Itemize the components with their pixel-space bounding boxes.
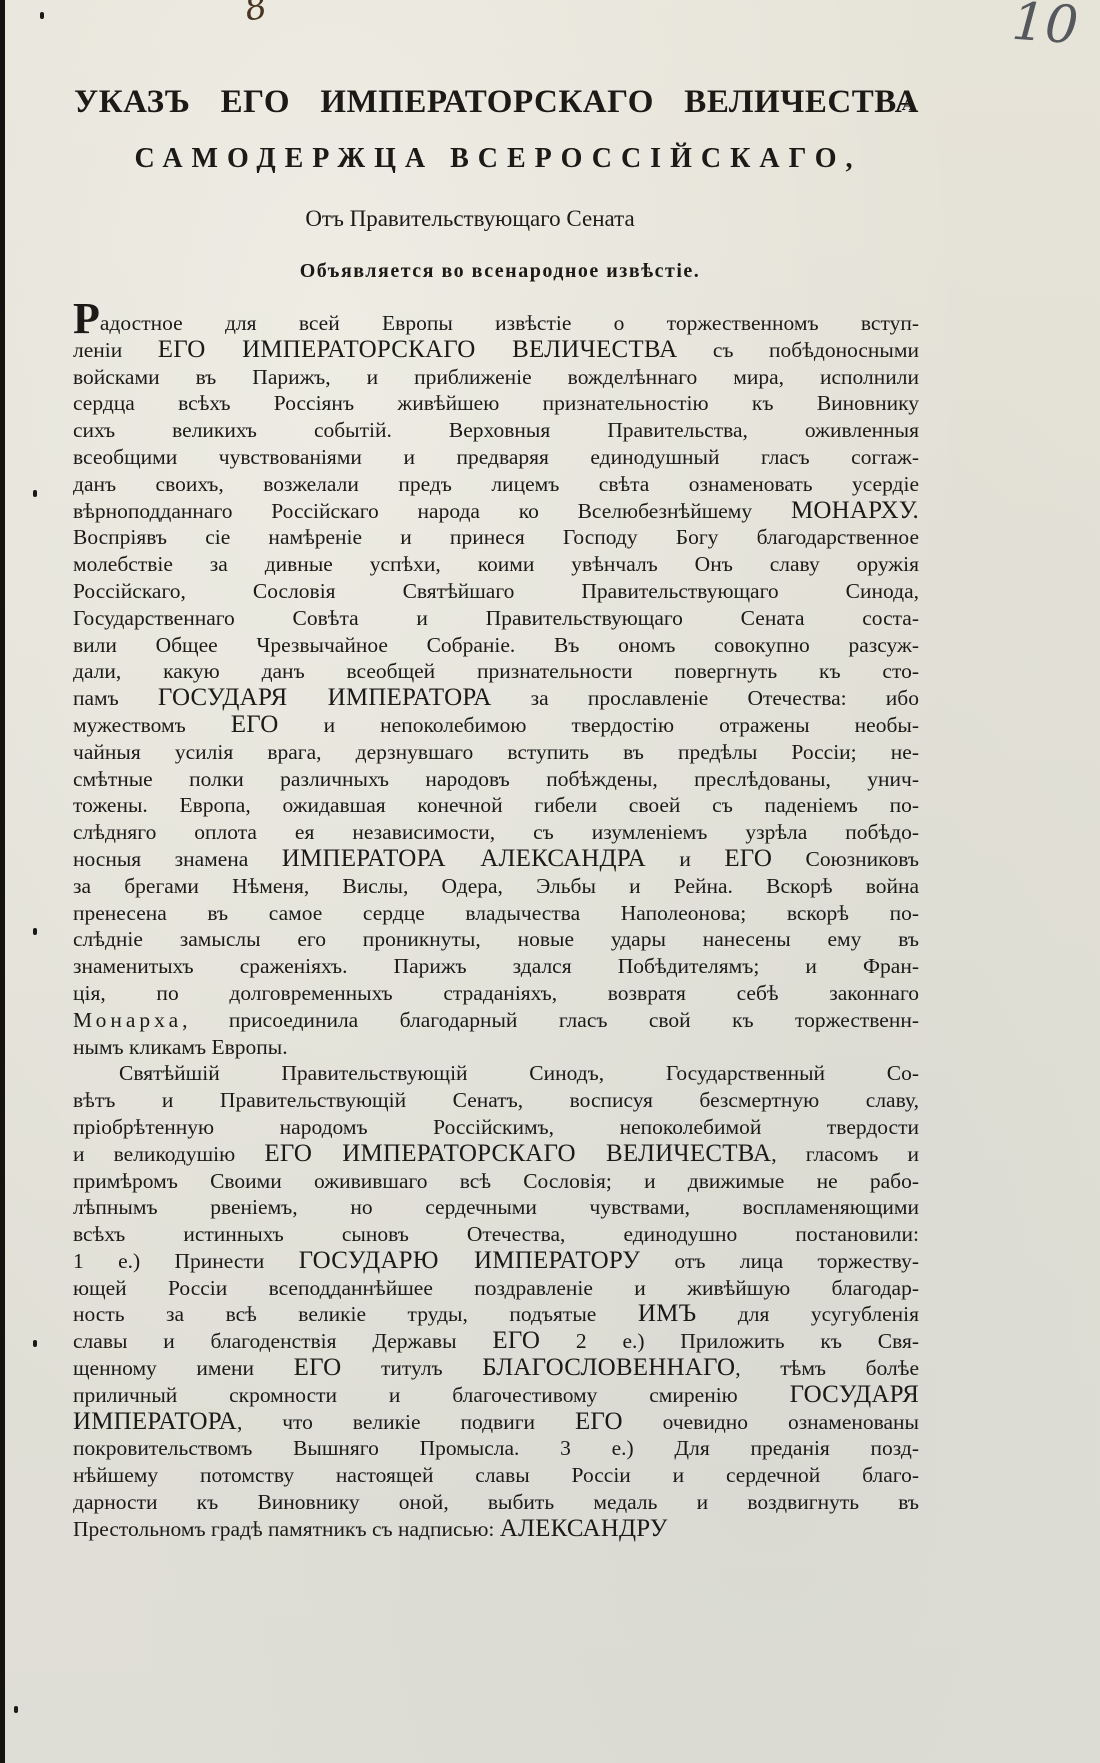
text-run: пренесена въ самое сердце владычества На…	[73, 901, 919, 925]
emphasized-caps: ЕГО	[492, 1327, 540, 1354]
emphasized-caps: ИМПЕРАТОРА АЛЕКСАНДРА	[282, 845, 646, 872]
text-run: титулъ	[341, 1356, 482, 1380]
text-run: Союзниковъ	[772, 847, 919, 871]
text-run: знаменитыхъ сраженіяхъ. Парижъ здался По…	[73, 954, 919, 978]
text-line: вѣтъ и Правительствующій Сенатъ, воспису…	[73, 1087, 919, 1114]
text-line: тожены. Европа, ожидавшая конечной гибел…	[73, 792, 919, 819]
text-run: Воспріявъ сіе намѣреніе и принеся Господ…	[73, 525, 919, 549]
text-line: слѣдніе замыслы его проникнуты, новые уд…	[73, 926, 919, 953]
text-run: молебствіе за дивные успѣхи, коими увѣнч…	[73, 552, 919, 576]
text-run: отъ лица торжеству-	[640, 1249, 919, 1273]
text-line: Радостное для всей Европы извѣстіе о тор…	[73, 306, 919, 337]
text-run: , гласомъ и	[771, 1142, 919, 1166]
text-line: слѣдняго оплота ея независимости, съ изу…	[73, 819, 919, 846]
text-run: нѣйшему потомству настоящей славы Россіи…	[73, 1463, 919, 1487]
text-line: покровительствомъ Вышняго Промысла. 3 е.…	[73, 1435, 919, 1462]
margin-tick	[33, 490, 37, 497]
text-line: приличный скромности и благочестивому см…	[73, 1382, 919, 1409]
ink-spot	[40, 12, 44, 19]
text-line: всѣхъ истинныхъ сыновъ Отечества, единод…	[73, 1221, 919, 1248]
margin-tick	[14, 1706, 18, 1713]
text-run: Монарха	[73, 1008, 182, 1032]
margin-tick	[33, 1340, 37, 1347]
issuer-line: Отъ Правительствующаго Сената	[0, 206, 940, 232]
text-line: мужествомъ ЕГО и непоколебимою твердості…	[73, 712, 919, 739]
text-run: пріобрѣтенную народомъ Россійскимъ, непо…	[73, 1115, 919, 1139]
text-line: ція, по долговременныхъ страданіяхъ, воз…	[73, 980, 919, 1007]
text-line: нѣйшему потомству настоящей славы Россіи…	[73, 1462, 919, 1489]
text-run: носныя знамена	[73, 847, 282, 871]
text-run: очевидно ознаменованы	[623, 1410, 919, 1434]
emphasized-caps: БЛАГОСЛОВЕННАГО	[482, 1354, 735, 1381]
text-line: щенному имени ЕГО титулъ БЛАГОСЛОВЕННАГО…	[73, 1355, 919, 1382]
text-line: 1 е.) Принести ГОСУДАРЮ ИМПЕРАТОРУ отъ л…	[73, 1248, 919, 1275]
text-line: вили Общее Чрезвычайное Собраніе. Въ оно…	[73, 632, 919, 659]
text-line: и великодушію ЕГО ИМПЕРАТОРСКАГО ВЕЛИЧЕС…	[73, 1141, 919, 1168]
text-line: ющей Россіи всеподданнѣйшее поздравленіе…	[73, 1275, 919, 1302]
text-run: вѣрноподданнаго Россійскаго народа ко Вс…	[73, 499, 791, 523]
text-line: славы и благоденствія Державы ЕГО 2 е.) …	[73, 1328, 919, 1355]
text-run: и непоколебимою твердостію отражены необ…	[279, 713, 919, 737]
emphasized-caps: ГОСУДАРЯ	[790, 1381, 919, 1408]
decree-subtitle: САМОДЕРЖЦА ВСЕРОССІЙСКАГО,	[108, 143, 888, 175]
text-line: Воспріявъ сіе намѣреніе и принеся Господ…	[73, 524, 919, 551]
text-run: щенному имени	[73, 1356, 294, 1380]
handwritten-top-mark: 8	[242, 0, 270, 30]
text-line: носныя знамена ИМПЕРАТОРА АЛЕКСАНДРА и Е…	[73, 846, 919, 873]
text-line: Престольномъ градѣ памятникъ съ надписью…	[73, 1516, 919, 1543]
text-run: съ побѣдоносными	[677, 338, 919, 362]
emphasized-caps: ИМПЕРАТОРА	[73, 1408, 237, 1435]
emphasized-caps: ЕГО	[575, 1408, 623, 1435]
text-run: для усугубленія	[696, 1302, 919, 1326]
text-line: сердца всѣхъ Россіянъ живѣйшею признател…	[73, 390, 919, 417]
emphasized-caps: ЕГО ИМПЕРАТОРСКАГО ВЕЛИЧЕСТВА	[158, 336, 678, 363]
text-run: леніи	[73, 338, 158, 362]
text-line: ность за всѣ великіе труды, подъятые ИМЪ…	[73, 1301, 919, 1328]
text-run: , тѣмъ болѣе	[735, 1356, 919, 1380]
decree-body: Радостное для всей Европы извѣстіе о тор…	[73, 306, 919, 1543]
text-run: 1 е.) Принести	[73, 1249, 299, 1273]
document-page: 8 10 A УКАЗЪ ЕГО ИМПЕРАТОРСКАГО ВЕЛИЧЕСТ…	[0, 0, 1100, 1763]
text-run: Святѣйшій Правительствующій Синодъ, Госу…	[119, 1061, 919, 1085]
margin-tick	[33, 928, 37, 935]
text-run: нымъ кликамъ Европы.	[73, 1035, 288, 1059]
text-run: славы и благоденствія Державы	[73, 1329, 492, 1353]
decree-title: УКАЗЪ ЕГО ИМПЕРАТОРСКАГО ВЕЛИЧЕСТВА	[74, 84, 919, 121]
text-run: Престольномъ градѣ памятникъ съ надписью…	[73, 1517, 500, 1541]
text-run: Государственнаго Совѣта и Правительствую…	[73, 606, 919, 630]
text-run: мужествомъ	[73, 713, 231, 737]
text-run: данъ своихъ, возжелали предъ лицемъ свѣт…	[73, 472, 919, 496]
text-line: леніи ЕГО ИМПЕРАТОРСКАГО ВЕЛИЧЕСТВА съ п…	[73, 337, 919, 364]
drop-cap: Р	[73, 294, 100, 343]
text-line: данъ своихъ, возжелали предъ лицемъ свѣт…	[73, 471, 919, 498]
text-run: ность за всѣ великіе труды, подъятые	[73, 1302, 638, 1326]
emphasized-caps: ГОСУДАРЮ ИМПЕРАТОРУ	[299, 1247, 641, 1274]
text-run: слѣдняго оплота ея независимости, съ изу…	[73, 820, 919, 844]
text-run: тожены. Европа, ожидавшая конечной гибел…	[73, 793, 919, 817]
text-line: пріобрѣтенную народомъ Россійскимъ, непо…	[73, 1114, 919, 1141]
text-line: ИМПЕРАТОРА, что великіе подвиги ЕГО очев…	[73, 1409, 919, 1436]
text-run: слѣдніе замыслы его проникнуты, новые уд…	[73, 927, 919, 951]
text-run: ющей Россіи всеподданнѣйшее поздравленіе…	[73, 1276, 919, 1300]
emphasized-caps: ЕГО	[724, 845, 772, 872]
emphasized-caps: ИМЪ	[638, 1300, 697, 1327]
text-run: лѣпнымъ рвеніемъ, но сердечными чувствам…	[73, 1195, 919, 1219]
emphasized-caps: ГОСУДАРЯ ИМПЕРАТОРА	[158, 684, 492, 711]
text-line: сихъ великихъ событій. Верховныя Правите…	[73, 417, 919, 444]
text-line: вѣрноподданнаго Россійскаго народа ко Вс…	[73, 498, 919, 525]
text-line: молебствіе за дивные успѣхи, коими увѣнч…	[73, 551, 919, 578]
text-run: памъ	[73, 686, 158, 710]
text-line: Государственнаго Совѣта и Правительствую…	[73, 605, 919, 632]
text-run: вѣтъ и Правительствующій Сенатъ, воспису…	[73, 1088, 919, 1112]
text-run: приличный скромности и благочестивому см…	[73, 1383, 790, 1407]
text-run: всеобщими чувствованіями и предваряя еди…	[73, 445, 919, 469]
text-line: знаменитыхъ сраженіяхъ. Парижъ здался По…	[73, 953, 919, 980]
announcement-line: Объявляется во всенародное извѣстіе.	[0, 260, 1000, 283]
text-run: смѣтные полки различныхъ народовъ побѣжд…	[73, 767, 919, 791]
text-line: чайныя усилія врага, дерзнувшаго вступит…	[73, 739, 919, 766]
text-run: , присоединила благодарный гласъ свой къ…	[182, 1008, 919, 1032]
text-line: Россійскаго, Сословія Святѣйшаго Правите…	[73, 578, 919, 605]
text-line: Монарха, присоединила благодарный гласъ …	[73, 1007, 919, 1034]
emphasized-caps: ЕГО	[294, 1354, 342, 1381]
text-line: памъ ГОСУДАРЯ ИМПЕРАТОРА за прославленіе…	[73, 685, 919, 712]
text-line: за брегами Нѣменя, Вислы, Одера, Эльбы и…	[73, 873, 919, 900]
text-line: пренесена въ самое сердце владычества На…	[73, 900, 919, 927]
paragraph-2: Святѣйшій Правительствующій Синодъ, Госу…	[73, 1060, 919, 1542]
text-line: Святѣйшій Правительствующій Синодъ, Госу…	[73, 1060, 919, 1087]
emphasized-caps: ЕГО ИМПЕРАТОРСКАГО ВЕЛИЧЕСТВА	[264, 1140, 771, 1167]
text-run: войсками въ Парижъ, и приближеніе вождел…	[73, 365, 919, 389]
text-line: нымъ кликамъ Европы.	[73, 1034, 919, 1061]
text-run: покровительствомъ Вышняго Промысла. 3 е.…	[73, 1436, 919, 1460]
text-run: 2 е.) Приложить къ Свя-	[540, 1329, 919, 1353]
text-line: дарности къ Виновнику оной, выбить медал…	[73, 1489, 919, 1516]
text-line: примѣромъ Своими оживившаго всѣ Сословія…	[73, 1168, 919, 1195]
text-run: ція, по долговременныхъ страданіяхъ, воз…	[73, 981, 919, 1005]
text-run: чайныя усилія врага, дерзнувшаго вступит…	[73, 740, 919, 764]
text-run: всѣхъ истинныхъ сыновъ Отечества, единод…	[73, 1222, 919, 1246]
text-run: за прославленіе Отечества: ибо	[492, 686, 920, 710]
text-run: за брегами Нѣменя, Вислы, Одера, Эльбы и…	[73, 874, 919, 898]
text-run: Россійскаго, Сословія Святѣйшаго Правите…	[73, 579, 919, 603]
text-line: всеобщими чувствованіями и предваряя еди…	[73, 444, 919, 471]
text-run: примѣромъ Своими оживившаго всѣ Сословія…	[73, 1169, 919, 1193]
text-run: , что великіе подвиги	[237, 1410, 575, 1434]
text-run: дали, какую данъ всеобщей признательност…	[73, 659, 919, 683]
text-run: и великодушію	[73, 1142, 264, 1166]
emphasized-caps: АЛЕКСАНДРУ	[500, 1515, 668, 1542]
paragraph-1: Радостное для всей Европы извѣстіе о тор…	[73, 306, 919, 1060]
text-run: сердца всѣхъ Россіянъ живѣйшею признател…	[73, 391, 919, 415]
text-line: смѣтные полки различныхъ народовъ побѣжд…	[73, 766, 919, 793]
text-line: войсками въ Парижъ, и приближеніе вождел…	[73, 364, 919, 391]
text-run: адостное для всей Европы извѣстіе о торж…	[100, 311, 919, 335]
text-run: сихъ великихъ событій. Верховныя Правите…	[73, 418, 919, 442]
emphasized-caps: ЕГО	[231, 711, 279, 738]
text-run: дарности къ Виновнику оной, выбить медал…	[73, 1490, 919, 1514]
text-line: лѣпнымъ рвеніемъ, но сердечными чувствам…	[73, 1194, 919, 1221]
emphasized-caps: МОНАРХУ.	[791, 497, 919, 524]
handwritten-page-number: 10	[1010, 0, 1080, 56]
text-run: вили Общее Чрезвычайное Собраніе. Въ оно…	[73, 633, 919, 657]
text-run: и	[646, 847, 724, 871]
text-line: дали, какую данъ всеобщей признательност…	[73, 658, 919, 685]
